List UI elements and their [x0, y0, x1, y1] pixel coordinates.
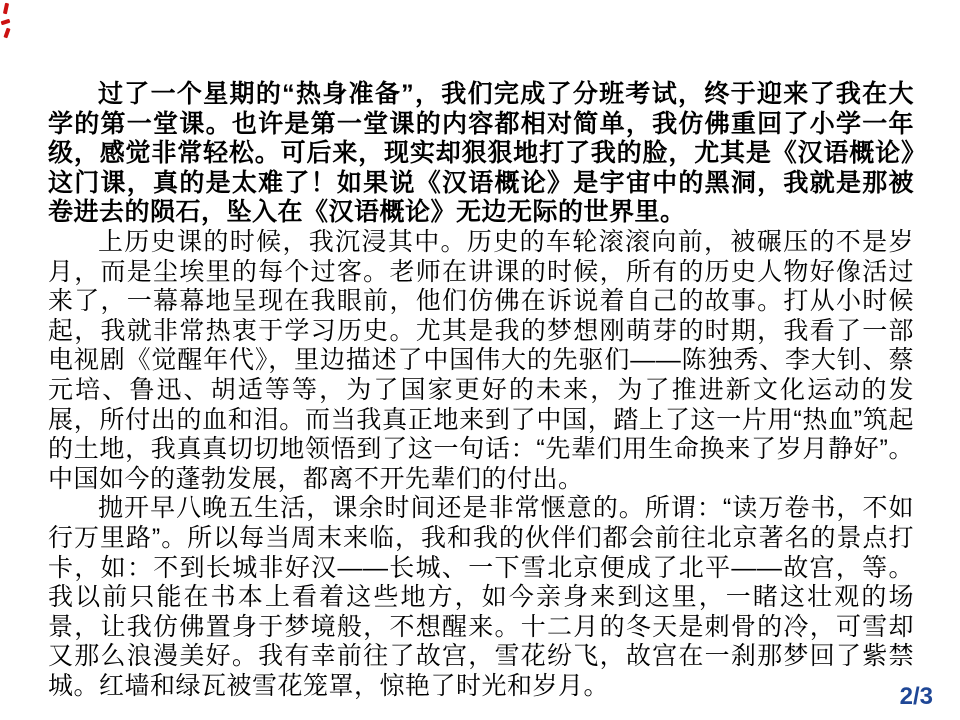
red-stroke: [3, 3, 9, 15]
page-number: 2/3: [900, 683, 933, 711]
paragraph-history-class: 上历史课的时候，我沉浸其中。历史的车轮滚滚向前，被碾压的不是岁月，而是尘埃里的每…: [48, 228, 914, 494]
red-corner-mark: [0, 0, 20, 42]
red-stroke: [3, 28, 10, 39]
red-stroke: [1, 19, 11, 26]
presentation-slide: 过了一个星期的“热身准备”，我们完成了分班考试，终于迎来了我在大学的第一堂课。也…: [0, 0, 960, 720]
paragraph-weekend-travel: 抛开早八晚五生活，课余时间还是非常惬意的。所谓：“读万卷书，不如行万里路”。所以…: [48, 494, 914, 701]
slide-body-text: 过了一个星期的“热身准备”，我们完成了分班考试，终于迎来了我在大学的第一堂课。也…: [48, 80, 914, 701]
paragraph-first-class: 过了一个星期的“热身准备”，我们完成了分班考试，终于迎来了我在大学的第一堂课。也…: [48, 80, 914, 228]
